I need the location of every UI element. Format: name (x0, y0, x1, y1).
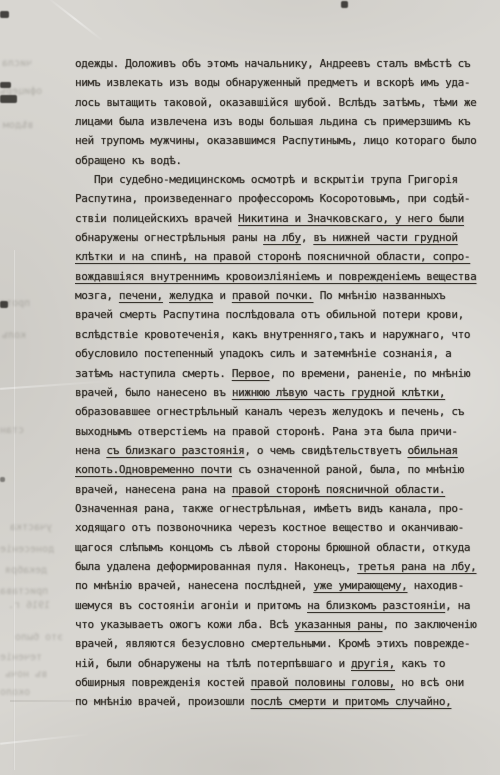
text-line: затѣмъ наступила смерть. Первое, по врем… (75, 364, 500, 383)
text-line: копоть.Одновременно почти съ означенной … (75, 460, 500, 479)
bleedthrough-fragment: декабря (5, 565, 47, 576)
bleedthrough-fragment: участка (10, 522, 52, 533)
text-line: ствіи полицейскихъ врачей Никитина и Зна… (75, 209, 500, 228)
text-line: лось вытащить таковой, оказавшійся шубой… (75, 93, 500, 112)
paper-crease-bottom-left (0, 733, 90, 744)
text-line: по мнѣнію врачей, нанесена послѣдней, уж… (75, 576, 500, 595)
underlined-phrase: нижнюю лѣвую часть грудной клѣтки, (232, 386, 445, 399)
edge-smudge (0, 11, 9, 18)
text-segment: образовавшее огнестрѣльный каналъ черезъ… (75, 405, 464, 418)
underlined-phrase: вождавшіяся внутреннимъ кровоизліяніемъ … (75, 270, 476, 283)
text-segment: По мнѣнію названныхъ (313, 289, 445, 302)
text-segment: лось вытащить таковой, оказавшійся шубой… (75, 96, 476, 109)
text-segment: врачей, было нанесено въ (75, 386, 232, 399)
text-line: вождавшіяся внутреннимъ кровоизліяніемъ … (75, 267, 500, 286)
text-line: была удалена деформированная пуля. Након… (75, 557, 500, 576)
text-segment: обширныя поврежденія костей (75, 676, 251, 689)
bleedthrough-fragment: это было (15, 632, 63, 643)
underlined-phrase: печени, (119, 289, 163, 302)
text-line: нимъ извлекать изъ воды обнаруженный пре… (75, 73, 500, 92)
text-line: клѣтки и на спинѣ, на правой сторонѣ поя… (75, 247, 500, 266)
edge-smudge (0, 477, 5, 482)
text-line: При судебно-медицинскомъ осмотрѣ и вскры… (75, 170, 500, 189)
underlined-phrase: другія, (351, 657, 395, 670)
text-line: обнаружены огнестрѣльныя раны на лбу, въ… (75, 228, 500, 247)
underlined-phrase: правой сторонѣ поясничной области. (232, 483, 445, 496)
text-line: врачей, являются безусловно смертельными… (75, 634, 500, 653)
text-line: нена съ близкаго разстоянія, о чемъ свид… (75, 441, 500, 460)
underlined-phrase: уже умирающему, (313, 579, 407, 592)
text-segment: ходящаго отъ позвоночника черезъ костное… (75, 521, 464, 534)
text-segment: обусловило постепенный упадокъ силъ и за… (75, 347, 451, 360)
text-segment: ній, были обнаружены на тѣлѣ потерпѣвшаг… (75, 657, 351, 670)
bleedthrough-fragment: донесеніе (0, 544, 54, 555)
text-line: ній, были обнаружены на тѣлѣ потерпѣвшаг… (75, 654, 500, 673)
text-segment: При судебно-медицинскомъ осмотрѣ и вскры… (94, 173, 458, 186)
text-line: обширныя поврежденія костей правой полов… (75, 673, 500, 692)
text-segment: по мнѣнію врачей, произошли (75, 695, 251, 708)
underlined-phrase: желудка (169, 289, 213, 302)
underlined-phrase: копоть.Одновременно почти (75, 463, 232, 476)
bleedthrough-fragment: стан (0, 425, 24, 436)
typewritten-text: одежды. Доложивъ объ этомъ начальнику, А… (75, 54, 500, 712)
text-segment: лицами была извлечена изъ воды большая л… (75, 115, 470, 128)
underlined-phrase: Никитина и Значковскаго, у него были (238, 212, 464, 225)
text-segment: выходнымъ отверстіемъ на правой сторонѣ.… (75, 425, 458, 438)
bleedthrough-fragment: около (0, 687, 30, 698)
text-segment: была удалена деформированная пуля. Након… (75, 560, 357, 573)
text-segment: ней трупомъ мужчины, оказавшимся Распути… (75, 134, 476, 147)
bleedthrough-fragment: вѣдом (3, 120, 33, 131)
text-line: что указываетъ ожогъ кожи лба. Всѣ указа… (75, 615, 500, 634)
text-line: врачей, нанесена рана на правой сторонѣ … (75, 480, 500, 499)
text-line: щагося слѣпымъ концомъ съ лѣвой стороны … (75, 538, 500, 557)
text-segment: врачей, являются безусловно смертельными… (75, 637, 470, 650)
text-segment: нена (75, 444, 106, 457)
underlined-phrase: правой почки. (232, 289, 314, 302)
text-line: Распутина, произведеннаго профессоромъ К… (75, 189, 500, 208)
text-segment: , на (445, 599, 470, 612)
underlined-phrase: обильная (407, 444, 457, 457)
text-line: выходнымъ отверстіемъ на правой сторонѣ.… (75, 422, 500, 441)
text-segment: съ означенной раной, была, по мнѣнію (232, 463, 464, 476)
bleedthrough-fragment: числа (2, 58, 32, 69)
underlined-phrase: третья рана на лбу, (357, 560, 476, 573)
text-segment: ствіи полицейскихъ врачей (75, 212, 238, 225)
text-line: вслѣдствіе кровотеченія, какъ внутренняг… (75, 325, 500, 344)
text-segment: но всѣ они (395, 676, 464, 689)
underlined-phrase: на лбу (263, 231, 301, 244)
edge-smudge (0, 301, 8, 308)
text-segment: , по времени, раненіе, по мнѣнію (269, 367, 470, 380)
text-segment: по мнѣнію врачей, нанесена послѣдней, (75, 579, 313, 592)
text-line: обусловило постепенный упадокъ силъ и за… (75, 344, 500, 363)
text-segment: обнаружены огнестрѣльныя раны (75, 231, 263, 244)
text-line: образовавшее огнестрѣльный каналъ черезъ… (75, 402, 500, 421)
edge-smudge (0, 95, 17, 103)
paper-crease-vertical (13, 250, 16, 770)
text-segment: , по заключенію (382, 618, 476, 631)
text-segment: какъ то (395, 657, 445, 670)
bleedthrough-fragment: въ ночь (5, 669, 47, 680)
underlined-phrase: на близкомъ разстояніи (307, 599, 445, 612)
text-segment: врачей, нанесена рана на (75, 483, 232, 496)
text-segment: вслѣдствіе кровотеченія, какъ внутренняг… (75, 328, 470, 341)
edge-smudge (0, 82, 11, 88)
text-line: врачей смерть Распутина послѣдовала отъ … (75, 305, 500, 324)
paper-crease-top-left (47, 0, 103, 41)
underlined-phrase: послѣ смерти и притомъ случайно, (251, 695, 452, 708)
bleedthrough-fragment: пристава (0, 586, 48, 597)
text-line: обращено къ водѣ. (75, 151, 500, 170)
text-segment: находив- (407, 579, 463, 592)
text-segment: и (213, 289, 232, 302)
underlined-phrase: Первое (232, 367, 270, 380)
document-page: числа офицеръ вѣдом прото колъ стан учас… (0, 0, 500, 775)
underlined-phrase: указанныя раны (295, 618, 383, 631)
bleedthrough-fragment: теченіе (0, 652, 42, 663)
text-line: шемуся въ состояніи агоніи и притомъ на … (75, 596, 500, 615)
text-segment: нимъ извлекать изъ воды обнаруженный пре… (75, 76, 470, 89)
edge-smudge (341, 1, 348, 8)
text-line: лицами была извлечена изъ воды большая л… (75, 112, 500, 131)
text-segment: обращено къ водѣ. (75, 154, 182, 167)
text-line: по мнѣнію врачей, произошли послѣ смерти… (75, 692, 500, 711)
text-line: одежды. Доложивъ объ этомъ начальнику, А… (75, 54, 500, 73)
underlined-phrase: съ близкаго разстоянія (106, 444, 244, 457)
text-segment: , (301, 231, 314, 244)
text-line: ней трупомъ мужчины, оказавшимся Распути… (75, 131, 500, 150)
underlined-phrase: правой половины головы, (251, 676, 395, 689)
text-segment: что указываетъ ожогъ кожи лба. Всѣ (75, 618, 295, 631)
text-segment: одежды. Доложивъ объ этомъ начальнику, А… (75, 57, 470, 70)
text-segment: шемуся въ состояніи агоніи и притомъ (75, 599, 307, 612)
text-line: ходящаго отъ позвоночника черезъ костное… (75, 518, 500, 537)
text-segment: Означенная рана, также огнестрѣльная, им… (75, 502, 464, 515)
text-segment: щагося слѣпымъ концомъ съ лѣвой стороны … (75, 541, 470, 554)
text-segment: врачей смерть Распутина послѣдовала отъ … (75, 308, 464, 321)
text-segment: , о чемъ свидѣтельствуетъ (244, 444, 407, 457)
text-line: мозга, печени, желудка и правой почки. П… (75, 286, 500, 305)
underlined-phrase: клѣтки и на спинѣ, на правой сторонѣ поя… (75, 250, 470, 263)
text-segment: мозга, (75, 289, 119, 302)
text-line: Означенная рана, также огнестрѣльная, им… (75, 499, 500, 518)
text-line: врачей, было нанесено въ нижнюю лѣвую ча… (75, 383, 500, 402)
underlined-phrase: въ нижней части грудной (313, 231, 457, 244)
bleedthrough-fragment: колъ (2, 330, 26, 341)
text-segment: Распутина, произведеннаго профессоромъ К… (75, 192, 470, 205)
text-segment: затѣмъ наступила смерть. (75, 367, 232, 380)
bleedthrough-fragment: 1916 г. (8, 600, 50, 611)
